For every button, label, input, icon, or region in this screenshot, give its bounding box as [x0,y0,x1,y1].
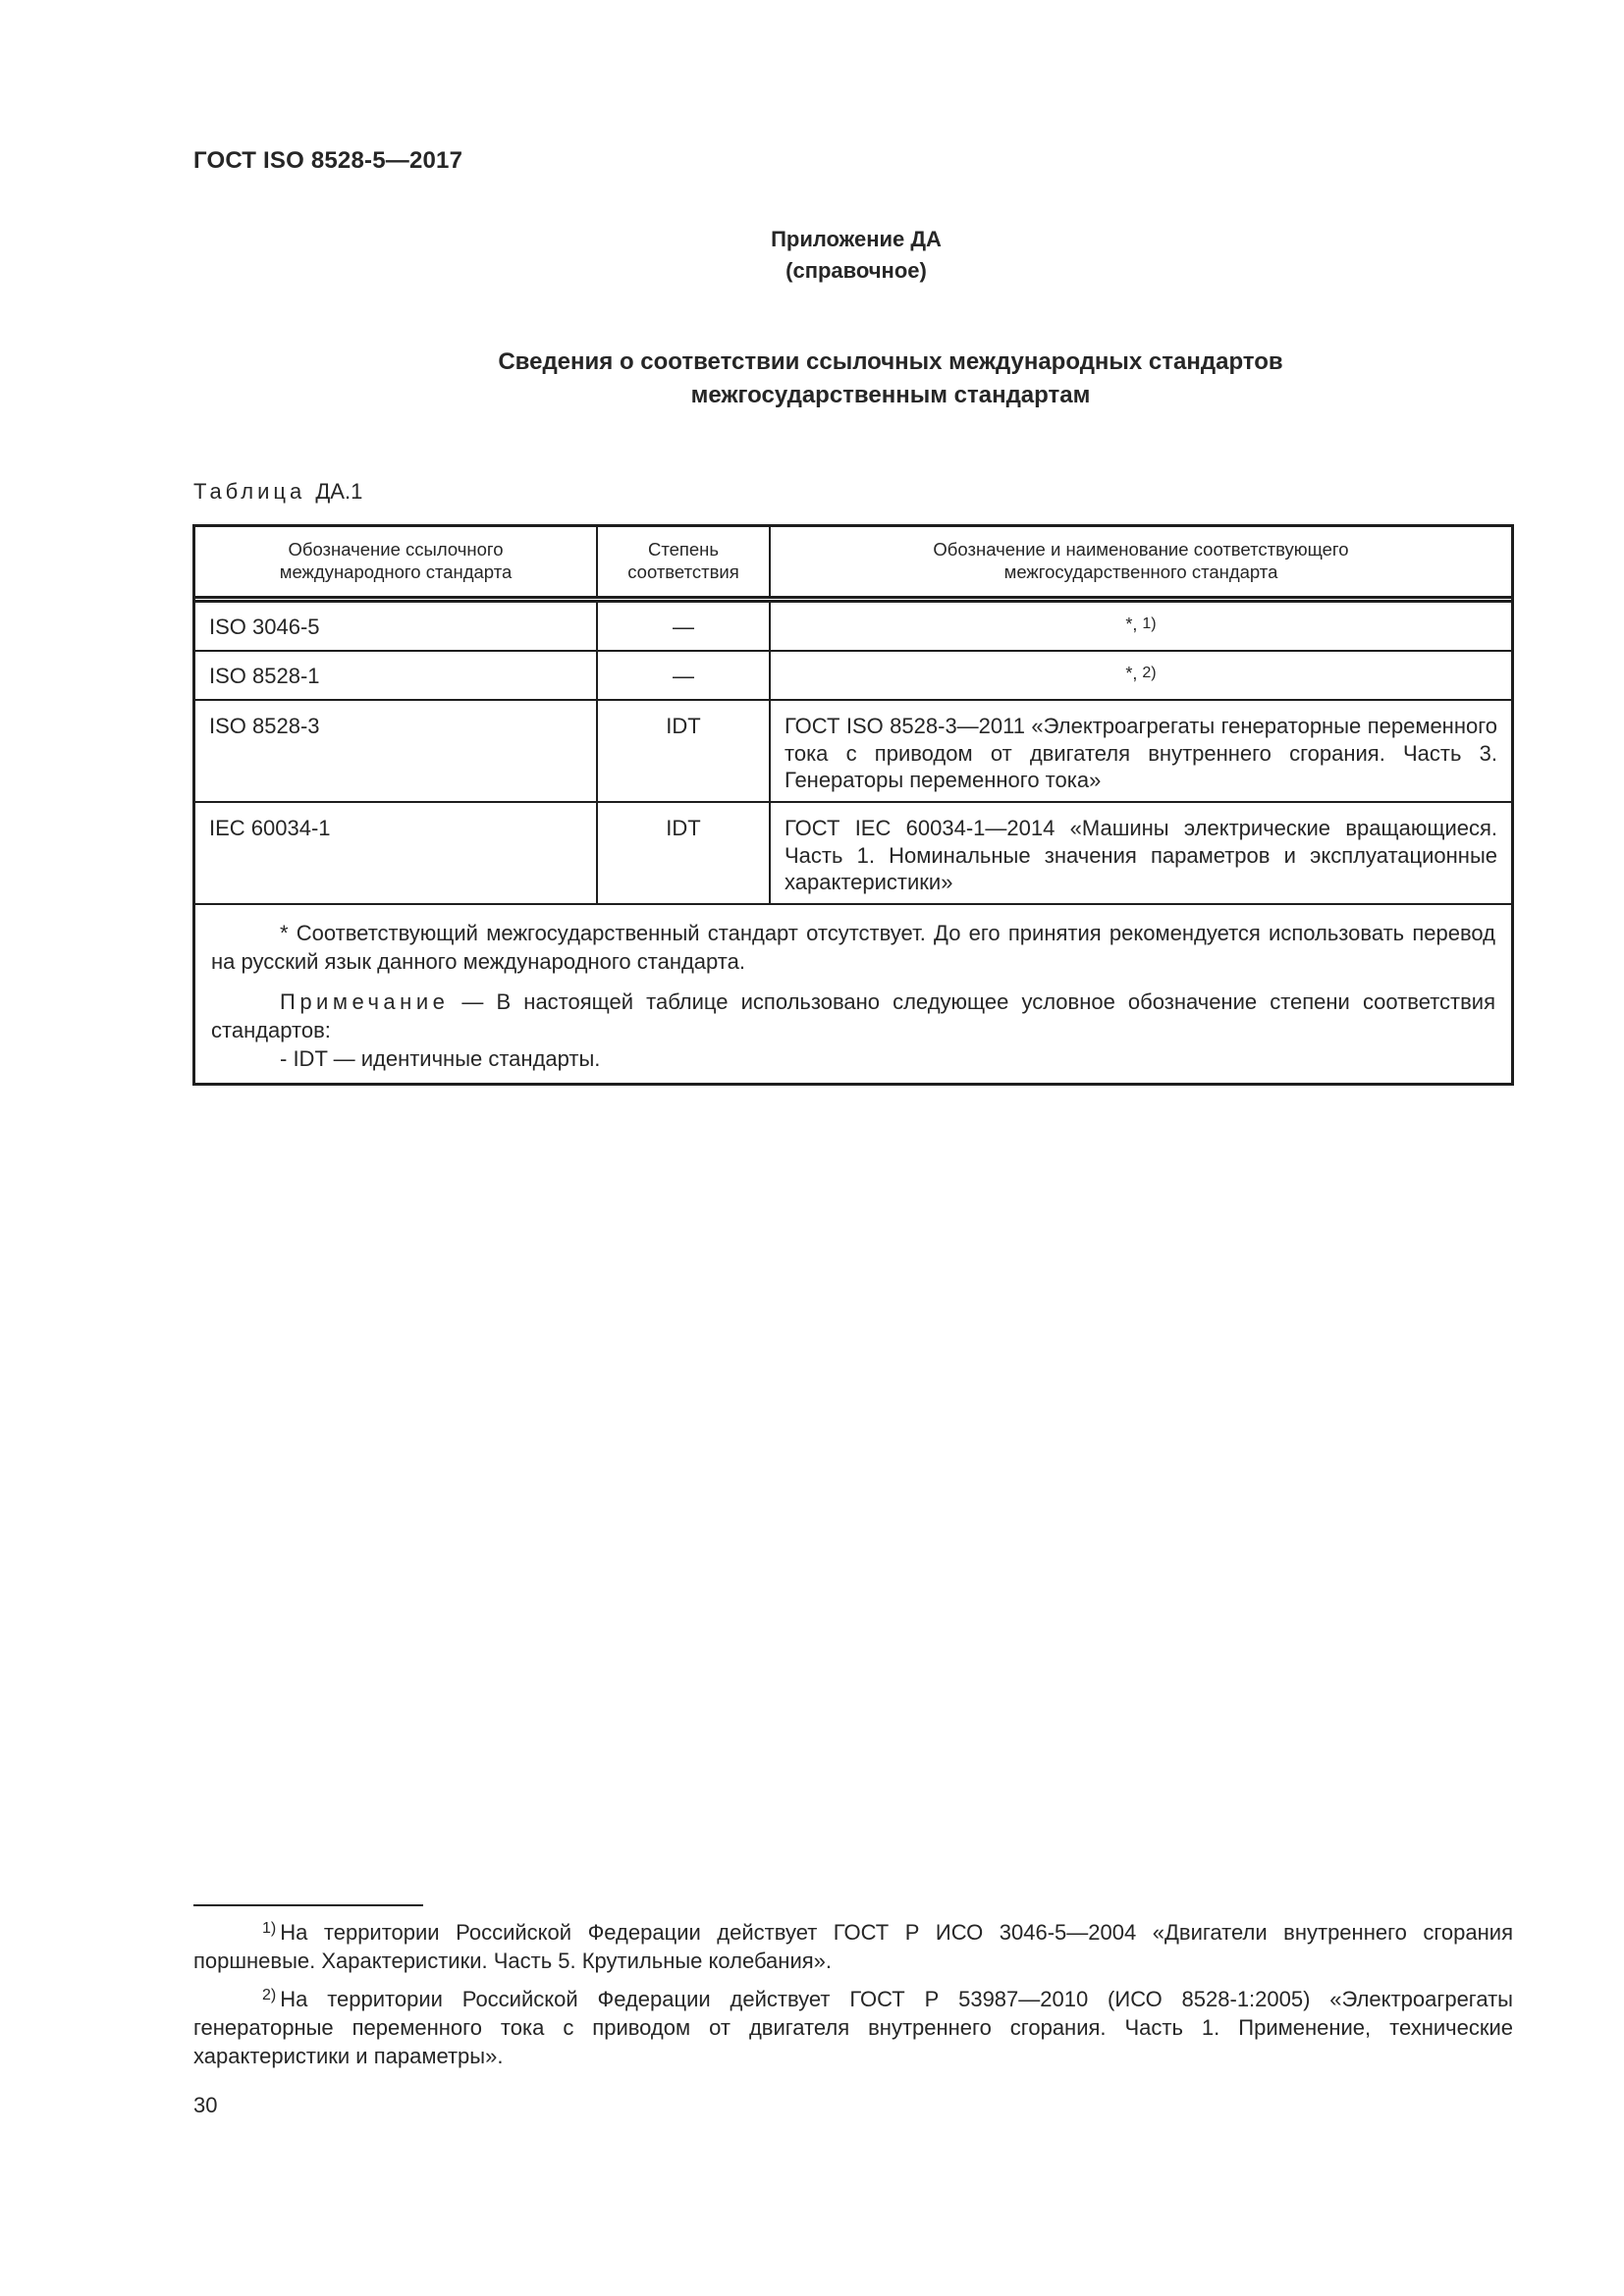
asterisk-note: * Соответствующий межгосударственный ста… [211,919,1495,976]
table-row: ISO 8528-1 — *, 2) [195,652,1511,701]
cell-international-standard: ISO 8528-3 [195,701,598,801]
column-header-international-standard: Обозначение ссылочного международного ст… [195,527,598,596]
footnote-ref: 1) [1142,615,1156,632]
header-text: межгосударственного стандарта [781,561,1501,583]
table-caption-label: Таблица [193,479,305,504]
section-heading: Сведения о соответствии ссылочных междун… [193,346,1513,412]
document-id: ГОСТ ISO 8528-5—2017 [193,147,462,175]
cell-degree: — [598,603,771,650]
note-label: Примечание [280,989,449,1014]
header-text: Обозначение ссылочного [205,538,586,561]
standards-correspondence-table: Обозначение ссылочного международного ст… [192,524,1514,1086]
cell-interstate-standard: *, 1) [771,603,1511,650]
footnote-marker: *, 1) [1125,612,1156,639]
table-row: ISO 8528-3 IDT ГОСТ ISO 8528-3—2011 «Эле… [195,701,1511,803]
footnote-2: 2)На территории Российской Федерации дей… [193,1981,1513,2070]
cell-interstate-standard: ГОСТ ISO 8528-3—2011 «Электроагрегаты ге… [771,701,1511,801]
cell-international-standard: ISO 8528-1 [195,652,598,699]
table-caption-number: ДА.1 [315,479,362,504]
table-header-row: Обозначение ссылочного международного ст… [195,527,1511,596]
table-notes: * Соответствующий межгосударственный ста… [195,905,1511,1083]
appendix-title: Приложение ДА [0,224,1624,255]
appendix-subtitle: (справочное) [0,255,1624,287]
column-header-interstate-standard: Обозначение и наименование соответствующ… [771,527,1511,596]
column-header-degree: Степень соответствия [598,527,771,596]
table-row: ISO 3046-5 — *, 1) [195,603,1511,652]
footnotes: 1)На территории Российской Федерации дей… [193,1914,1513,2076]
table-caption: Таблица ДА.1 [193,479,362,505]
asterisk-mark: *, [1125,614,1137,634]
table-note: Примечание — В настоящей таблице использ… [211,988,1495,1044]
footnote-marker: 2) [262,1987,276,2003]
header-text: Степень [608,538,759,561]
header-text: Обозначение и наименование соответствующ… [781,538,1501,561]
table-row: IEC 60034-1 IDT ГОСТ IEC 60034-1—2014 «М… [195,803,1511,905]
footnote-1: 1)На территории Российской Федерации дей… [193,1914,1513,1975]
cell-degree: IDT [598,803,771,903]
footnote-text: На территории Российской Федерации дейст… [193,1987,1513,2068]
footnote-marker: *, 2) [1125,661,1156,688]
footnote-separator [193,1904,423,1906]
footnote-ref: 2) [1142,665,1156,681]
cell-interstate-standard: ГОСТ IEC 60034-1—2014 «Машины электричес… [771,803,1511,903]
cell-interstate-standard: *, 2) [771,652,1511,699]
page-number: 30 [193,2093,217,2118]
cell-degree: IDT [598,701,771,801]
section-heading-line-1: Сведения о соответствии ссылочных междун… [268,346,1513,379]
header-text: международного стандарта [205,561,586,583]
asterisk-mark: *, [1125,664,1137,683]
cell-international-standard: IEC 60034-1 [195,803,598,903]
header-double-rule [195,596,1511,603]
note-list-item: - IDT — идентичные стандарты. [211,1044,1495,1073]
footnote-marker: 1) [262,1920,276,1937]
cell-degree: — [598,652,771,699]
header-text: соответствия [608,561,759,583]
footnote-text: На территории Российской Федерации дейст… [193,1920,1513,1973]
section-heading-line-2: межгосударственным стандартам [268,379,1513,412]
cell-international-standard: ISO 3046-5 [195,603,598,650]
